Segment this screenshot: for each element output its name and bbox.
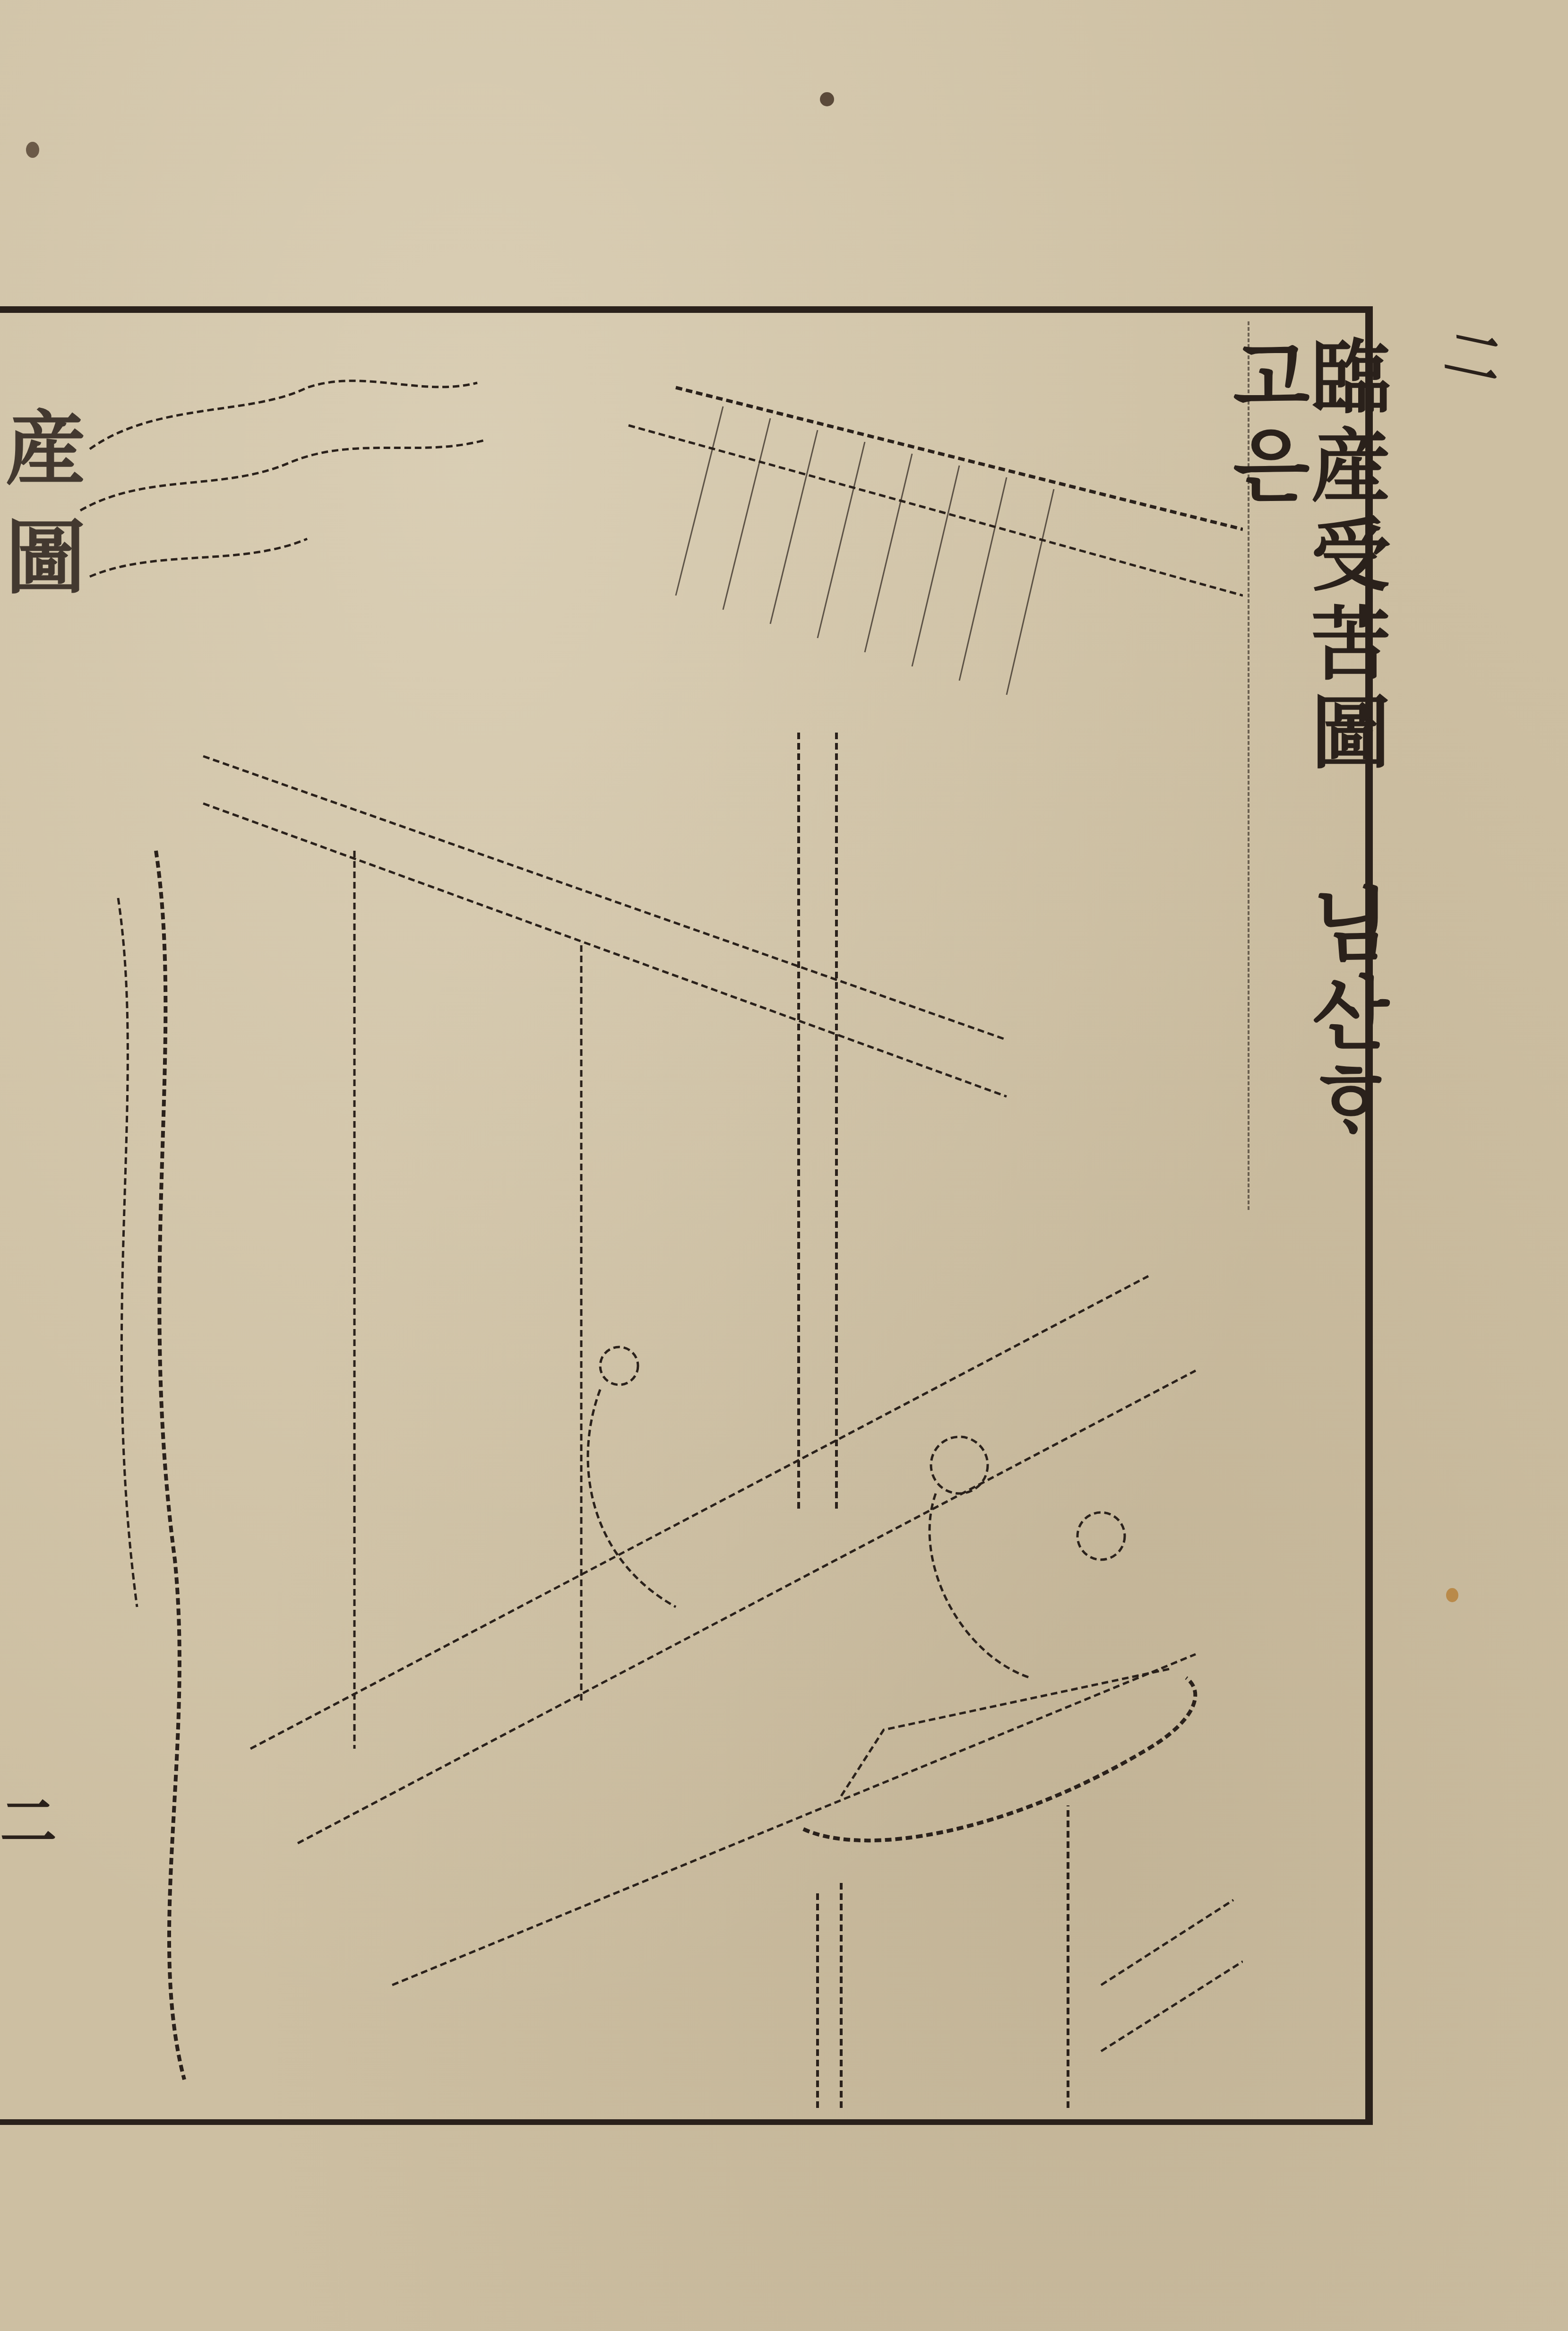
- paper-stain: [26, 142, 39, 158]
- caption-cartouche: 臨産受苦圖 님산ᄒᆞ고은: [1248, 321, 1361, 1210]
- caption-title: 臨産受苦圖 님산ᄒᆞ고은: [1226, 336, 1385, 1210]
- paper-stain: [1446, 1588, 1458, 1602]
- woodblock-illustration: [61, 331, 1243, 2108]
- paper-stain: [820, 92, 834, 106]
- page-number-left: 二: [0, 1777, 57, 1858]
